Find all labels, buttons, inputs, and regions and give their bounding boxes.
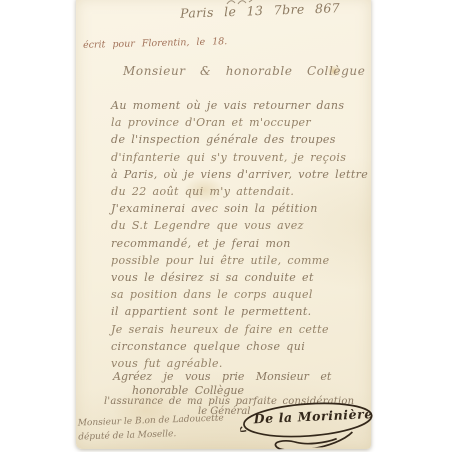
body-line: vous le désirez si sa conduite et [111, 269, 368, 286]
salutation: Monsieur & honorable Collègue [123, 64, 365, 78]
body-line: Je serais heureux de faire en cette [111, 321, 368, 338]
body-line: J'examinerai avec soin la pétition [111, 200, 368, 217]
closing-line: Agréez je vous prie Monsieur et [113, 370, 331, 383]
body-line: recommandé, et je ferai mon [111, 235, 368, 252]
body-line: de l'inspection générale des troupes [111, 131, 368, 148]
body-line: du 22 août qui m'y attendait. [111, 183, 368, 200]
body-line: sa position dans le corps auquel [111, 286, 368, 303]
body-line: Au moment où je vais retourner dans [111, 97, 368, 114]
letter-paper: Paris le 13 7bre 867 écrit pour Florenti… [76, 0, 371, 449]
letter-photo: { "document": { "type": "handwritten-let… [0, 0, 452, 452]
body-line: il appartient sont le permettent. [111, 303, 368, 320]
body-line: du S.t Legendre que vous avez [111, 217, 368, 234]
received-note: écrit pour Florentin, le 18. [83, 36, 228, 51]
body-line: à Paris, où je viens d'arriver, votre le… [111, 166, 368, 183]
recipient-address: Monsieur le B.on de Ladoucette député de… [78, 412, 225, 444]
body-line: circonstance quelque chose qui [111, 338, 368, 355]
signature-block: De la Morinière [239, 397, 375, 451]
body-line: la province d'Oran et m'occuper [111, 114, 368, 131]
dateline: Paris le 13 7bre 867 [180, 0, 341, 21]
letter-body: Au moment où je vais retourner dans la p… [111, 97, 368, 372]
body-line: possible pour lui être utile, comme [111, 252, 368, 269]
body-line: d'infanterie qui s'y trouvent, je reçois [111, 149, 368, 166]
